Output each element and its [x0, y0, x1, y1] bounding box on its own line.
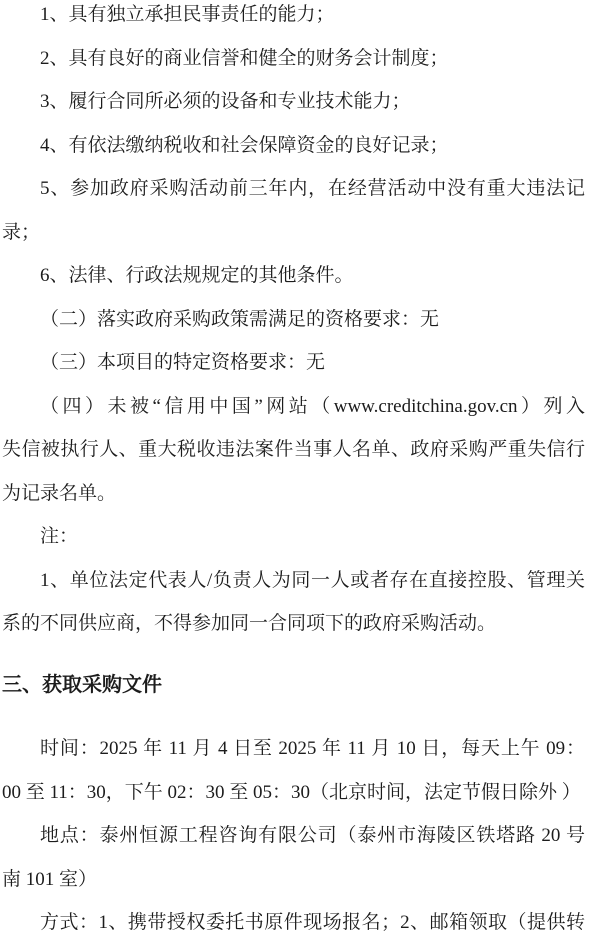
qualification-item-2: 2、具有良好的商业信誉和健全的财务会计制度；: [2, 37, 585, 81]
policy-requirement-line: （二）落实政府采购政策需满足的资格要求：无: [2, 298, 585, 342]
acquisition-location-line-2: 南 101 室）: [2, 858, 585, 902]
qualification-item-6: 6、法律、行政法规规定的其他条件。: [2, 254, 585, 298]
note-item-1-line-1: 1、单位法定代表人/负责人为同一人或者存在直接控股、管理关: [2, 559, 585, 603]
qualification-item-1: 1、具有独立承担民事责任的能力；: [2, 0, 585, 37]
credit-china-line-2: 失信被执行人、重大税收违法案件当事人名单、政府采购严重失信行: [2, 428, 585, 472]
acquisition-location-line-1: 地点：泰州恒源工程咨询有限公司（泰州市海陵区铁塔路 20 号: [2, 814, 585, 858]
section-heading-obtain-documents: 三、获取采购文件: [2, 664, 585, 708]
note-label: 注：: [2, 515, 585, 559]
qualification-item-5-line-1: 5、参加政府采购活动前三年内，在经营活动中没有重大违法记: [2, 167, 585, 211]
credit-china-line-3: 为记录名单。: [2, 472, 585, 516]
document-page: 1、具有独立承担民事责任的能力； 2、具有良好的商业信誉和健全的财务会计制度； …: [2, 0, 585, 940]
qualification-item-3: 3、履行合同所必须的设备和专业技术能力；: [2, 80, 585, 124]
credit-china-line-1: （四）未被“信用中国”网站（www.creditchina.gov.cn）列入: [2, 385, 585, 429]
acquisition-time-line-1: 时间：2025 年 11 月 4 日至 2025 年 11 月 10 日，每天上…: [2, 727, 585, 771]
acquisition-time-line-2: 00 至 11：30，下午 02：30 至 05：30（北京时间，法定节假日除外…: [2, 771, 585, 815]
note-item-1-line-2: 系的不同供应商，不得参加同一合同项下的政府采购活动。: [2, 602, 585, 646]
specific-requirement-line: （三）本项目的特定资格要求：无: [2, 341, 585, 385]
qualification-item-5-line-2: 录；: [2, 211, 585, 255]
qualification-item-4: 4、有依法缴纳税收和社会保障资金的良好记录；: [2, 124, 585, 168]
acquisition-method-line: 方式：1、携带授权委托书原件现场报名；2、邮箱领取（提供转: [2, 901, 585, 940]
